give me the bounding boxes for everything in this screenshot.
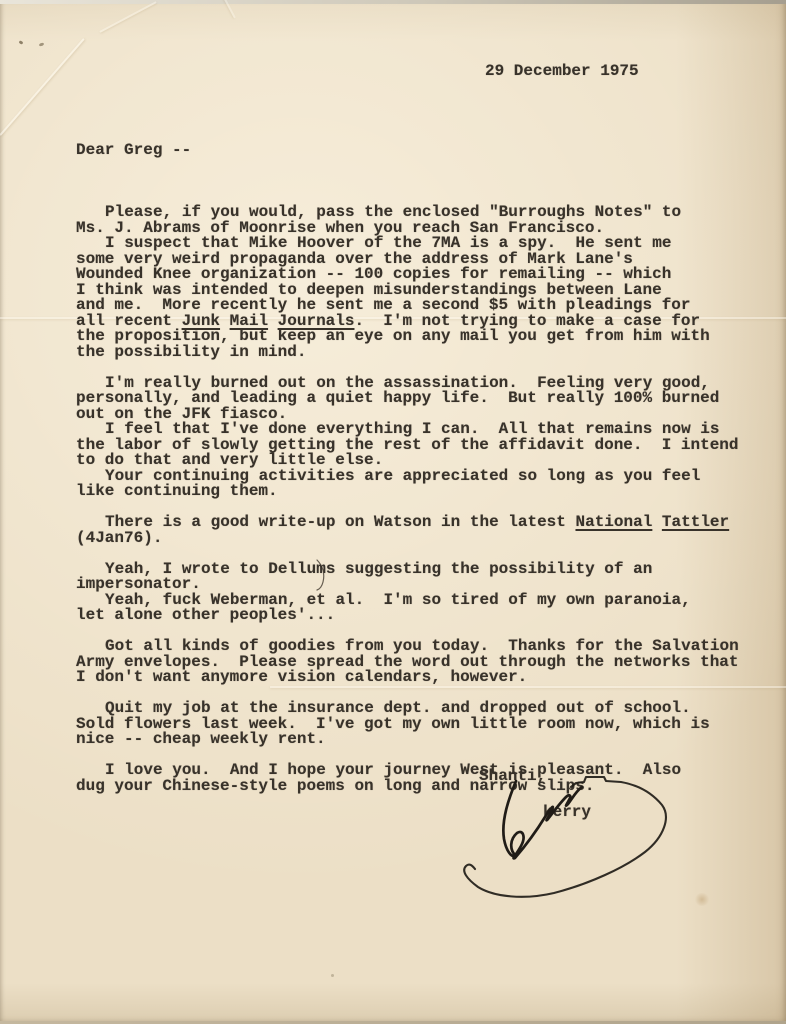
- letter-salutation: Dear Greg --: [76, 143, 756, 159]
- paragraph: I love you. And I hope your journey West…: [76, 763, 756, 794]
- paragraph: I'm really burned out on the assassinati…: [76, 376, 756, 423]
- letter-line: (4Jan76).: [76, 531, 756, 547]
- scan-edge-top: [0, 0, 786, 4]
- paper-crease: [0, 38, 85, 136]
- paragraph: Your continuing activities are appreciat…: [76, 469, 756, 500]
- letter-line: There is a good write-up on Watson in th…: [76, 515, 756, 531]
- text-segment: There is a good write-up on Watson in th…: [105, 513, 575, 531]
- paper-speck: [19, 40, 24, 45]
- paper-speck: [331, 974, 334, 977]
- letter-line: I don't want anymore vision calendars, h…: [76, 670, 756, 686]
- paragraph: Please, if you would, pass the enclosed …: [76, 205, 756, 236]
- letter-line: like continuing them.: [76, 484, 756, 500]
- underlined-text: National: [575, 513, 652, 531]
- letter-date: 29 December 1975: [485, 64, 639, 80]
- paragraph: I feel that I've done everything I can. …: [76, 422, 756, 469]
- paragraph: Yeah, I wrote to Dellums suggesting the …: [76, 562, 756, 593]
- text-segment: let alone other peoples'...: [76, 606, 335, 624]
- paragraph: Yeah, fuck Weberman, et al. I'm so tired…: [76, 593, 756, 624]
- text-segment: (4Jan76).: [76, 529, 162, 547]
- text-segment: like continuing them.: [76, 482, 278, 500]
- letter-paper: 29 December 1975 Dear Greg -- Please, if…: [0, 0, 786, 1024]
- paper-speck: [39, 42, 45, 47]
- paper-stain: [694, 893, 710, 906]
- paragraph: I suspect that Mike Hoover of the 7MA is…: [76, 236, 756, 360]
- letter-line: nice -- cheap weekly rent.: [76, 732, 756, 748]
- paper-crease: [99, 1, 156, 33]
- text-segment: [652, 513, 662, 531]
- text-segment: I don't want anymore vision calendars, h…: [76, 668, 527, 686]
- typed-signature: kerry: [543, 805, 591, 821]
- text-segment: nice -- cheap weekly rent.: [76, 730, 326, 748]
- text-segment: the possibility in mind.: [76, 343, 306, 361]
- paragraph: Got all kinds of goodies from you today.…: [76, 639, 756, 686]
- paragraph: There is a good write-up on Watson in th…: [76, 515, 756, 546]
- underlined-text: Tattler: [662, 513, 729, 531]
- letter-line: the possibility in mind.: [76, 345, 756, 361]
- letter-body: Dear Greg -- Please, if you would, pass …: [76, 112, 756, 825]
- letter-paragraphs: Please, if you would, pass the enclosed …: [76, 205, 756, 794]
- letter-closing: Shanti,: [479, 769, 546, 785]
- letter-line: dug your Chinese-style poems on long and…: [76, 779, 756, 795]
- letter-line: let alone other peoples'...: [76, 608, 756, 624]
- paragraph: Quit my job at the insurance dept. and d…: [76, 701, 756, 748]
